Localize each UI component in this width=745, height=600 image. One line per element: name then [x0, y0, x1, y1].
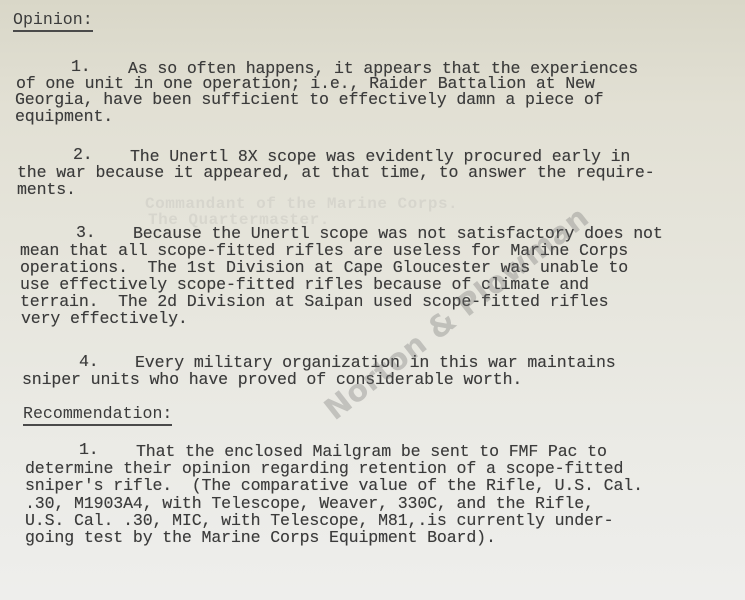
section-heading-opinion: Opinion:: [13, 11, 93, 32]
paragraph-number: 1.: [71, 59, 91, 75]
paragraph-line: the war because it appeared, at that tim…: [17, 165, 655, 181]
paragraph-line: ments.: [17, 182, 76, 198]
paragraph-line: terrain. The 2d Division at Saipan used …: [20, 294, 608, 310]
paragraph-number: 3.: [76, 225, 96, 241]
paragraph-line: sniper units who have proved of consider…: [22, 372, 522, 388]
paragraph-number: 2.: [73, 147, 93, 163]
paragraph-line: U.S. Cal. .30, MIC, with Telescope, M81,…: [25, 513, 613, 529]
paragraph-line: That the enclosed Mailgram be sent to FM…: [136, 444, 607, 460]
paragraph-line: sniper's rifle. (The comparative value o…: [25, 478, 643, 494]
paragraph-line: equipment.: [15, 109, 113, 125]
paragraph-line: going test by the Marine Corps Equipment…: [25, 530, 496, 546]
paragraph-line: Georgia, have been sufficient to effecti…: [15, 92, 603, 108]
paragraph-number: 1.: [79, 442, 99, 458]
paragraph-line: determine their opinion regarding retent…: [25, 461, 623, 477]
document-page: Commandant of the Marine Corps. The Quar…: [0, 0, 745, 600]
paragraph-line: .30, M1903A4, with Telescope, Weaver, 33…: [25, 496, 594, 512]
paragraph-number: 4.: [79, 354, 99, 370]
paragraph-line: very effectively.: [21, 311, 188, 327]
section-heading-recommendation: Recommendation:: [23, 405, 172, 426]
